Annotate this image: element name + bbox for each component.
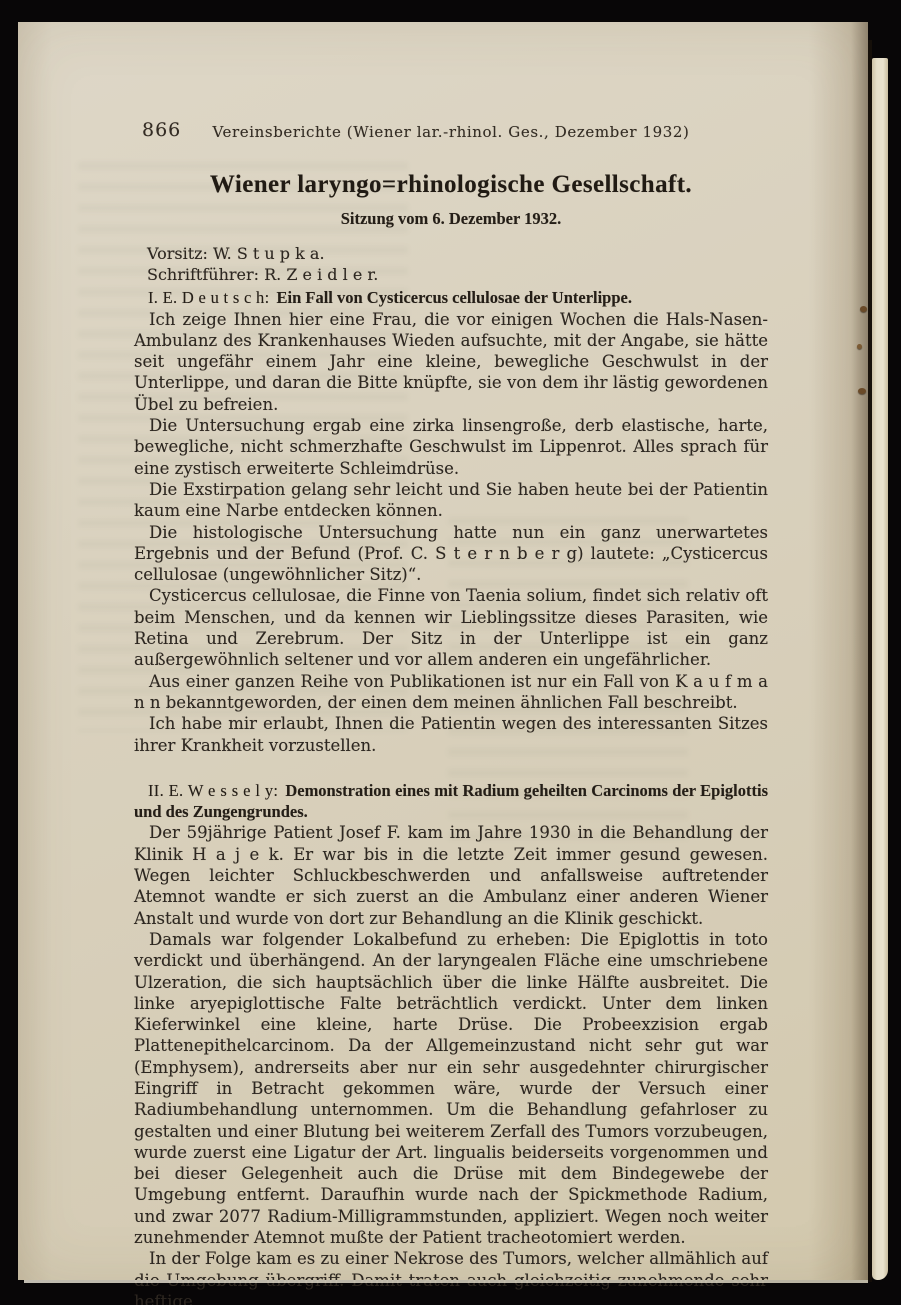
paragraph: Aus einer ganzen Reihe von Publikationen… [134, 671, 768, 714]
officer-chair: Vorsitz: W. S t u p k a. [147, 244, 768, 265]
running-header: 866 Vereinsberichte (Wiener lar.-rhinol.… [134, 122, 768, 144]
adjacent-page-edge [872, 58, 888, 1280]
paragraph: Ich zeige Ihnen hier eine Frau, die vor … [134, 309, 768, 415]
paragraph: Der 59jährige Patient Josef F. kam im Ja… [134, 822, 768, 928]
session-subtitle: Sitzung vom 6. Dezember 1932. [134, 208, 768, 229]
section-2-heading: II. E. W e s s e l y:Demonstration eines… [134, 780, 768, 823]
paragraph: Cysticercus cellulosae, die Finne von Ta… [134, 585, 768, 670]
section-1-heading: I. E. D e u t s c h:Ein Fall von Cystice… [134, 287, 768, 308]
paragraph: Damals war folgender Lokalbefund zu erhe… [134, 929, 768, 1248]
speaker-name: II. E. W e s s e l y: [148, 781, 278, 800]
paragraph: Die Exstirpation gelang sehr leicht und … [134, 479, 768, 522]
page-damage-speck [857, 344, 862, 349]
section-2: II. E. W e s s e l y:Demonstration eines… [134, 780, 768, 1305]
speaker-name: I. E. D e u t s c h: [148, 288, 269, 307]
paragraph: Ich habe mir erlaubt, Ihnen die Patienti… [134, 713, 768, 756]
page-content: 866 Vereinsberichte (Wiener lar.-rhinol.… [18, 22, 868, 1305]
page-damage-speck [860, 306, 867, 312]
section-1: I. E. D e u t s c h:Ein Fall von Cystice… [134, 287, 768, 756]
scan-background: { "header": { "page_number": "866", "run… [0, 0, 901, 1305]
officer-secretary: Schriftführer: R. Z e i d l e r. [147, 265, 768, 286]
officers-block: Vorsitz: W. S t u p k a. Schriftführer: … [134, 244, 768, 285]
paragraph: Die Untersuchung ergab eine zirka linsen… [134, 415, 768, 479]
paragraph: Die histologische Untersuchung hatte nun… [134, 522, 768, 586]
scanned-page: 866 Vereinsberichte (Wiener lar.-rhinol.… [18, 22, 868, 1280]
page-damage-speck [858, 388, 866, 394]
page-number: 866 [142, 120, 181, 141]
paragraph: In der Folge kam es zu einer Nekrose des… [134, 1248, 768, 1305]
section-heading-title: Ein Fall von Cysticercus cellulosae der … [276, 288, 632, 307]
article-title: Wiener laryngo=rhinologische Gesellschaf… [134, 171, 768, 199]
running-title: Vereinsberichte (Wiener lar.-rhinol. Ges… [212, 123, 689, 141]
